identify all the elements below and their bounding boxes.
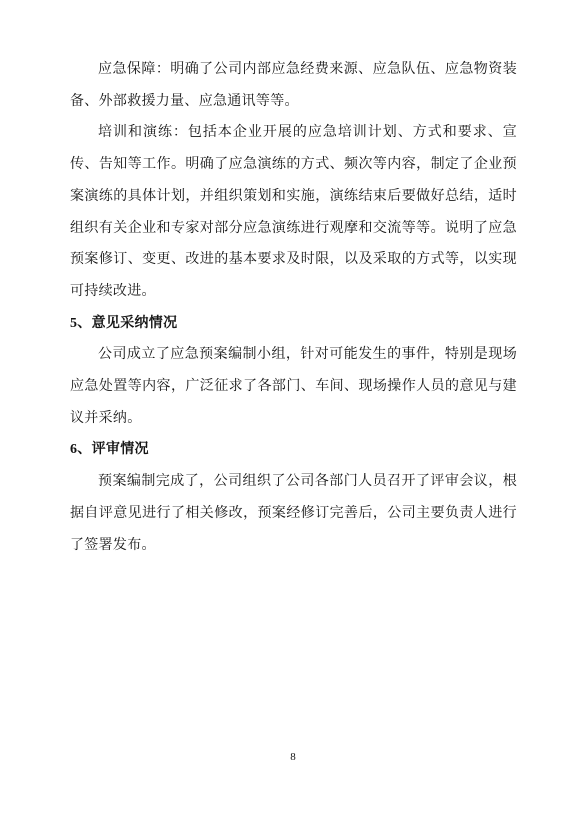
page-number: 8 bbox=[0, 750, 586, 764]
section-heading-6-review: 6、评审情况 bbox=[70, 434, 517, 466]
section-heading-5-opinion-adoption: 5、意见采纳情况 bbox=[70, 308, 517, 340]
document-page: 应急保障：明确了公司内部应急经费来源、应急队伍、应急物资装备、外部救援力量、应急… bbox=[0, 0, 586, 833]
paragraph-review: 预案编制完成了，公司组织了公司各部门人员召开了评审会议，根据自评意见进行了相关修… bbox=[70, 466, 517, 561]
document-body: 应急保障：明确了公司内部应急经费来源、应急队伍、应急物资装备、外部救援力量、应急… bbox=[70, 54, 517, 561]
paragraph-opinion-adoption: 公司成立了应急预案编制小组，针对可能发生的事件，特别是现场应急处置等内容，广泛征… bbox=[70, 339, 517, 434]
paragraph-training-drills: 培训和演练：包括本企业开展的应急培训计划、方式和要求、宣传、告知等工作。明确了应… bbox=[70, 117, 517, 307]
paragraph-emergency-support: 应急保障：明确了公司内部应急经费来源、应急队伍、应急物资装备、外部救援力量、应急… bbox=[70, 54, 517, 117]
